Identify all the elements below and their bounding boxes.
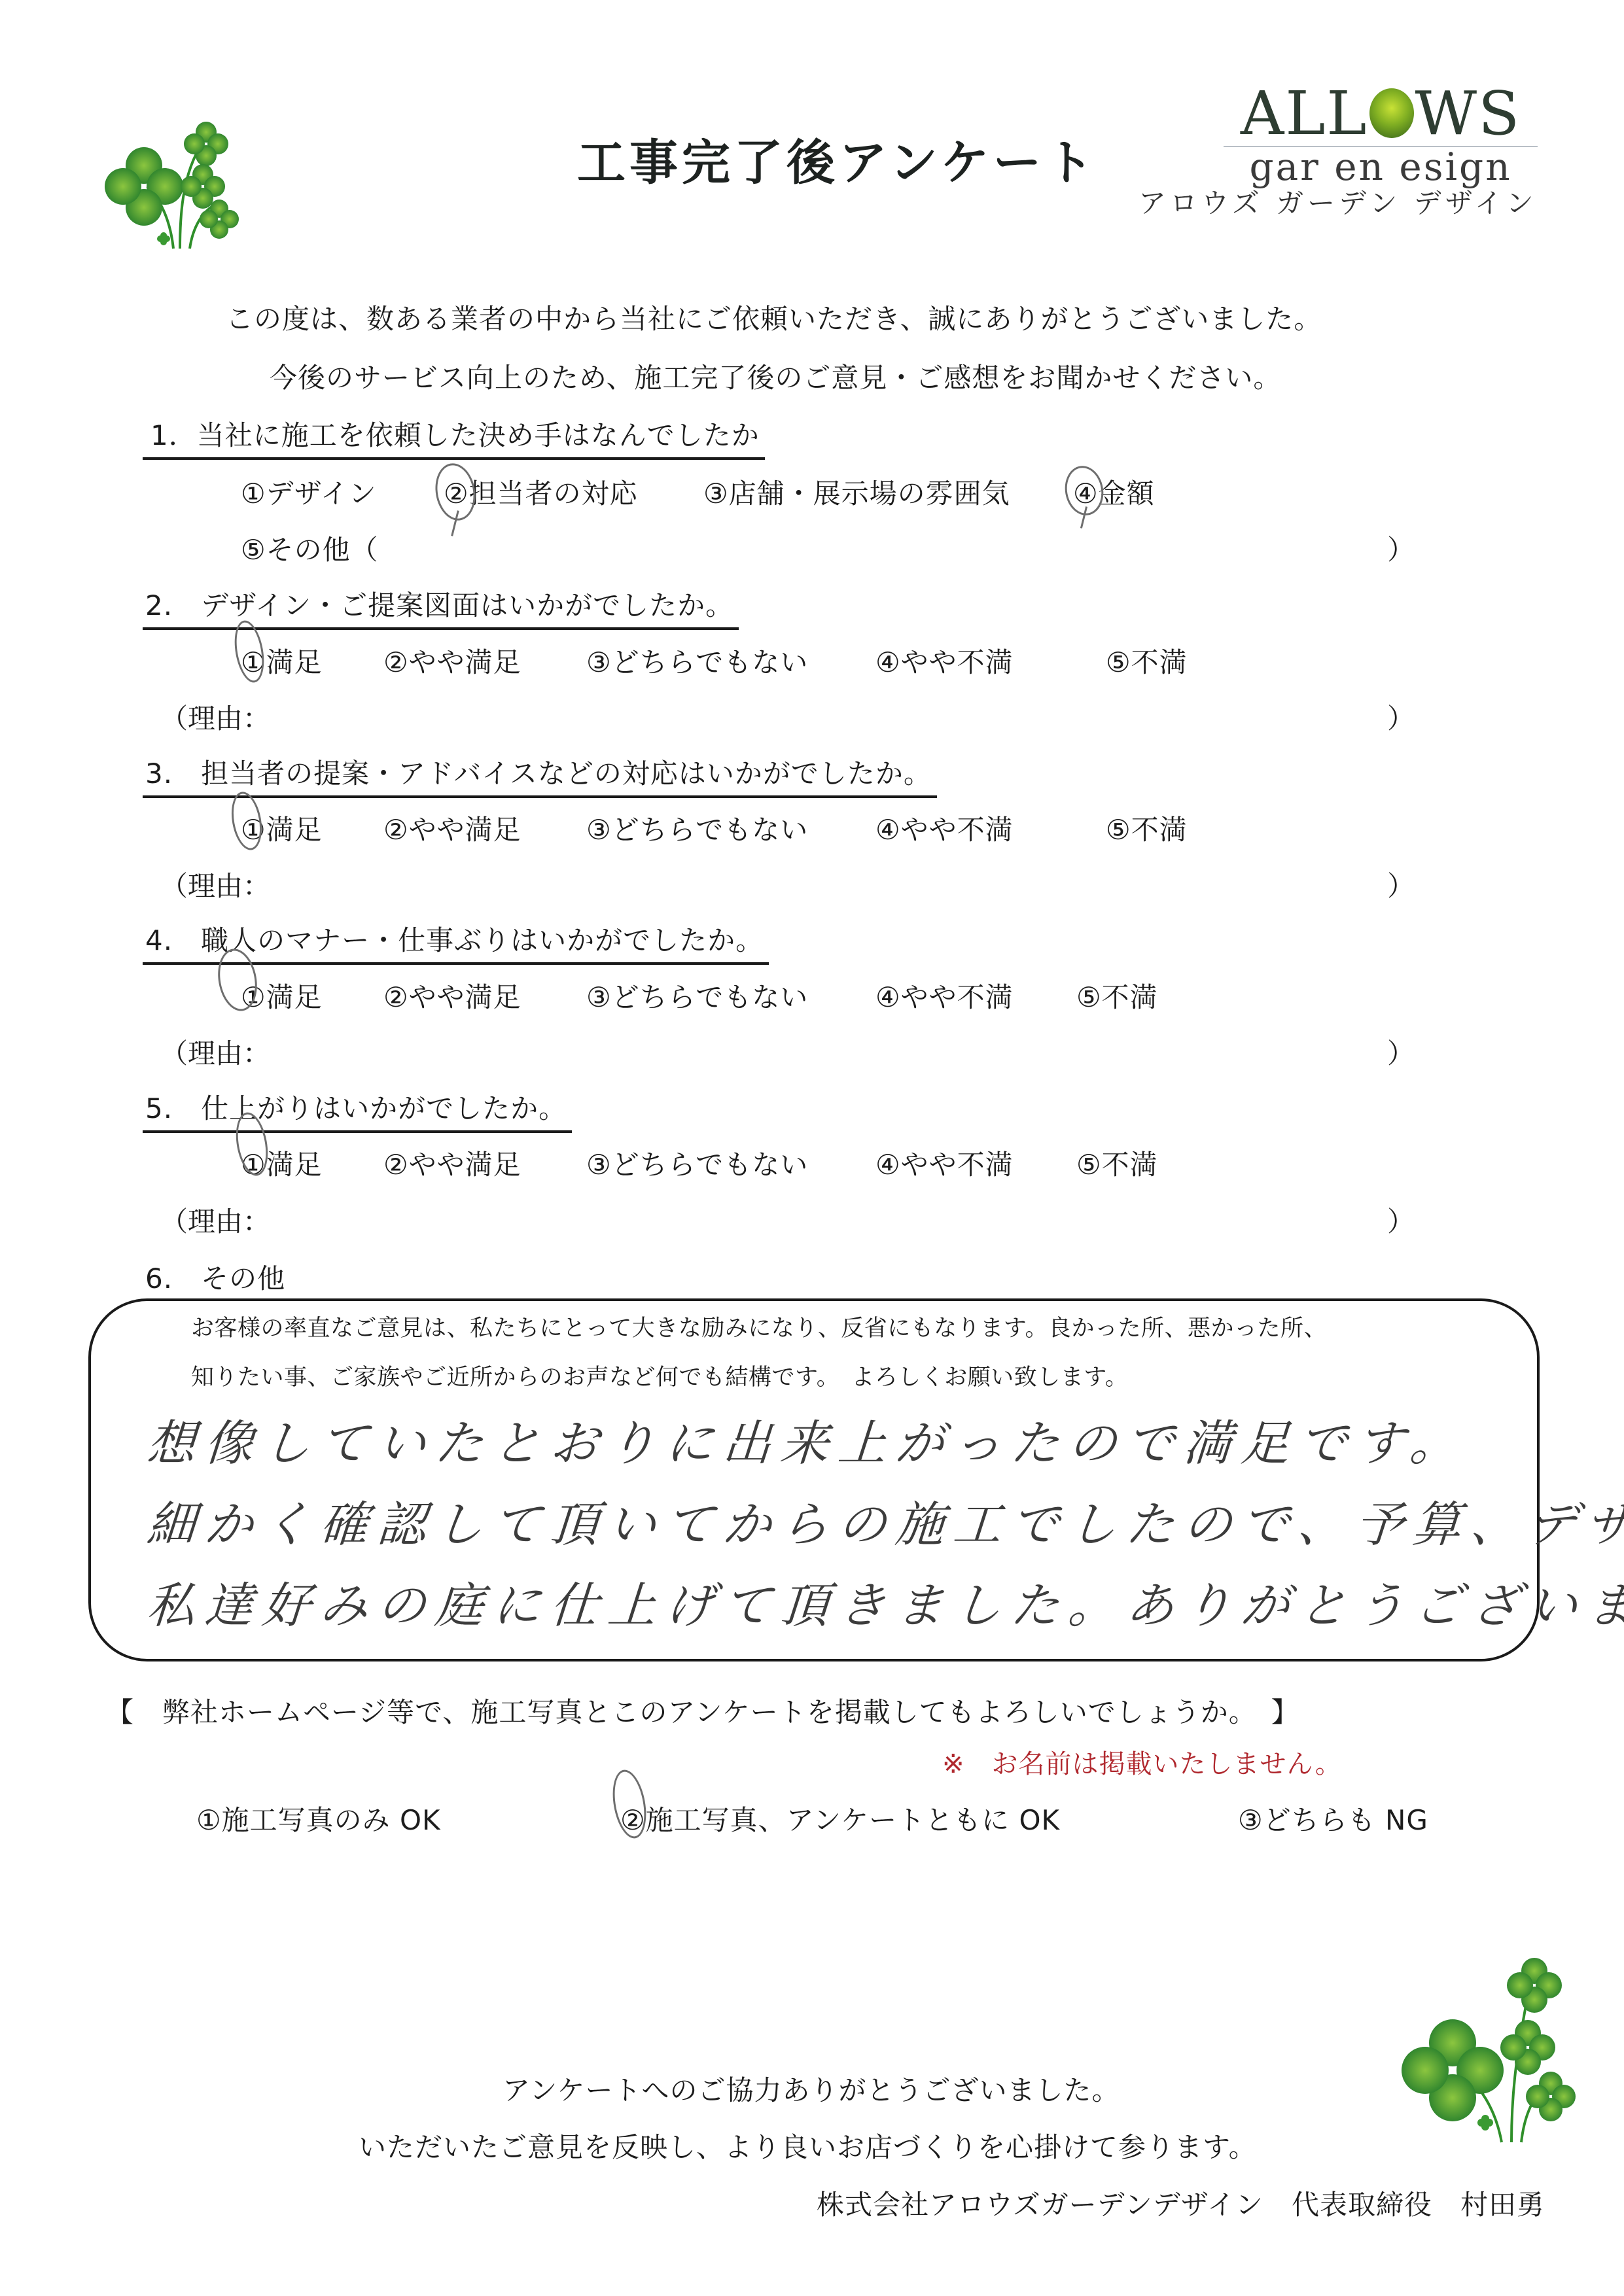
q1-option-design[interactable]: ①デザイン <box>241 472 377 512</box>
q4-reason-label: （理由： <box>160 1032 270 1071</box>
question-4-title: 4. 職人のマナー・仕事ぶりはいかがでしたか。 <box>143 919 769 965</box>
comment-handwritten-line-2: 細かく確認して頂いてからの施工でしたので、予算、デザイン共に <box>145 1486 1624 1556</box>
comment-handwritten-line-1: 想像していたとおりに出来上がったので満足です。 <box>145 1405 1470 1474</box>
publish-option-none[interactable]: ③どちらも NG <box>1238 1799 1428 1838</box>
clover-decoration-bottom-right <box>1387 1956 1583 2146</box>
comment-guide-line-2: 知りたい事、ご家族やご近所からのお声など何でも結構です。 よろしくお願い致します… <box>191 1359 1128 1392</box>
footer-message: いただいたご意見を反映し、より良いお店づくりを心掛けて参ります。 <box>359 2126 1257 2165</box>
comment-guide-line-1: お客様の率直なご意見は、私たちにとって大きな励みになり、反省にもなります。良かっ… <box>191 1310 1327 1343</box>
question-6-title: 6. その他 <box>143 1257 291 1300</box>
logo-o-leaf-icon <box>1369 88 1414 138</box>
question-1-title: 1．当社に施工を依頼した決め手はなんでしたか <box>143 414 765 460</box>
q2-option-somewhat-dissatisfied[interactable]: ④やや不満 <box>875 641 1014 680</box>
logo-brand-pre: ALL <box>1241 78 1368 148</box>
q5-option-dissatisfied[interactable]: ⑤不満 <box>1076 1143 1158 1183</box>
q1-other-input[interactable] <box>393 527 1374 561</box>
q4-option-somewhat-dissatisfied[interactable]: ④やや不満 <box>875 976 1014 1015</box>
q3-reason-close: ） <box>1387 865 1415 904</box>
q3-option-neutral[interactable]: ③どちらでもない <box>586 809 808 848</box>
footer-signature: 株式会社アロウズガーデンデザイン 代表取締役 村田勇 <box>817 2183 1545 2223</box>
intro-line-2: 今後のサービス向上のため、施工完了後のご意見・ご感想をお聞かせください。 <box>270 357 1281 396</box>
q2-option-neutral[interactable]: ③どちらでもない <box>586 641 808 680</box>
question-2-title: 2. デザイン・ご提案図面はいかがでしたか。 <box>143 584 739 630</box>
q5-option-neutral[interactable]: ③どちらでもない <box>586 1143 808 1183</box>
q3-option-somewhat-dissatisfied[interactable]: ④やや不満 <box>875 809 1014 848</box>
q1-option-showroom[interactable]: ③店舗・展示場の雰囲気 <box>703 472 1010 512</box>
q5-option-somewhat-dissatisfied[interactable]: ④やや不満 <box>875 1143 1014 1183</box>
q2-reason-close: ） <box>1387 697 1415 737</box>
footer-thanks: アンケートへのご協力ありがとうございました。 <box>503 2069 1120 2108</box>
q2-option-dissatisfied[interactable]: ⑤不満 <box>1106 641 1188 680</box>
page-title: 工事完了後アンケート <box>577 124 1098 194</box>
q5-reason-label: （理由： <box>160 1200 270 1240</box>
q3-reason-label: （理由： <box>160 865 270 904</box>
q4-option-satisfied[interactable]: ①満足 <box>241 976 323 1015</box>
logo-wordmark: ALLWS <box>1197 78 1564 148</box>
q2-reason-label: （理由： <box>160 697 270 737</box>
q2-option-satisfied[interactable]: ①満足 <box>241 641 323 680</box>
publish-notice: ※ お名前は掲載いたしません。 <box>942 1743 1342 1781</box>
company-logo: ALLWS gar en esign <box>1197 78 1564 189</box>
q5-reason-input[interactable] <box>268 1199 1374 1233</box>
q3-reason-input[interactable] <box>268 863 1374 897</box>
q1-option-other-label[interactable]: ⑤その他（ <box>241 529 379 568</box>
q2-reason-input[interactable] <box>268 696 1374 730</box>
q5-option-somewhat-satisfied[interactable]: ②やや満足 <box>383 1143 521 1183</box>
q1-option-staff[interactable]: ②担当者の対応 <box>444 472 638 512</box>
q3-option-somewhat-satisfied[interactable]: ②やや満足 <box>383 809 521 848</box>
question-5-title: 5. 仕上がりはいかがでしたか。 <box>143 1087 572 1133</box>
q4-option-dissatisfied[interactable]: ⑤不満 <box>1076 976 1158 1015</box>
q2-option-somewhat-satisfied[interactable]: ②やや満足 <box>383 641 521 680</box>
q1-other-close: ） <box>1387 529 1415 568</box>
q4-reason-close: ） <box>1387 1032 1415 1071</box>
q4-reason-input[interactable] <box>268 1031 1374 1065</box>
q5-reason-close: ） <box>1387 1200 1415 1240</box>
logo-brand-post: WS <box>1415 78 1521 148</box>
q1-option-price[interactable]: ④金額 <box>1073 472 1155 512</box>
intro-line-1: この度は、数ある業者の中から当社にご依頼いただき、誠にありがとうございました。 <box>226 298 1322 337</box>
question-3-title: 3. 担当者の提案・アドバイスなどの対応はいかがでしたか。 <box>143 752 937 798</box>
q3-option-satisfied[interactable]: ①満足 <box>241 809 323 848</box>
q5-option-satisfied[interactable]: ①満足 <box>241 1143 323 1183</box>
clover-decoration-top-left <box>98 114 249 252</box>
q4-option-somewhat-satisfied[interactable]: ②やや満足 <box>383 976 521 1015</box>
logo-kana: アロウズ ガーデン デザイン <box>1139 182 1538 221</box>
publish-option-photos-only[interactable]: ①施工写真のみ OK <box>196 1799 441 1838</box>
publish-option-photos-and-survey[interactable]: ②施工写真、アンケートともに OK <box>620 1799 1060 1838</box>
q4-option-neutral[interactable]: ③どちらでもない <box>586 976 808 1015</box>
comment-handwritten-line-3: 私達好みの庭に仕上げて頂きました。ありがとうございました。 <box>145 1567 1624 1637</box>
publish-question: 【 弊社ホームページ等で、施工写真とこのアンケートを掲載してもよろしいでしょうか… <box>106 1691 1299 1730</box>
q3-option-dissatisfied[interactable]: ⑤不満 <box>1106 809 1188 848</box>
